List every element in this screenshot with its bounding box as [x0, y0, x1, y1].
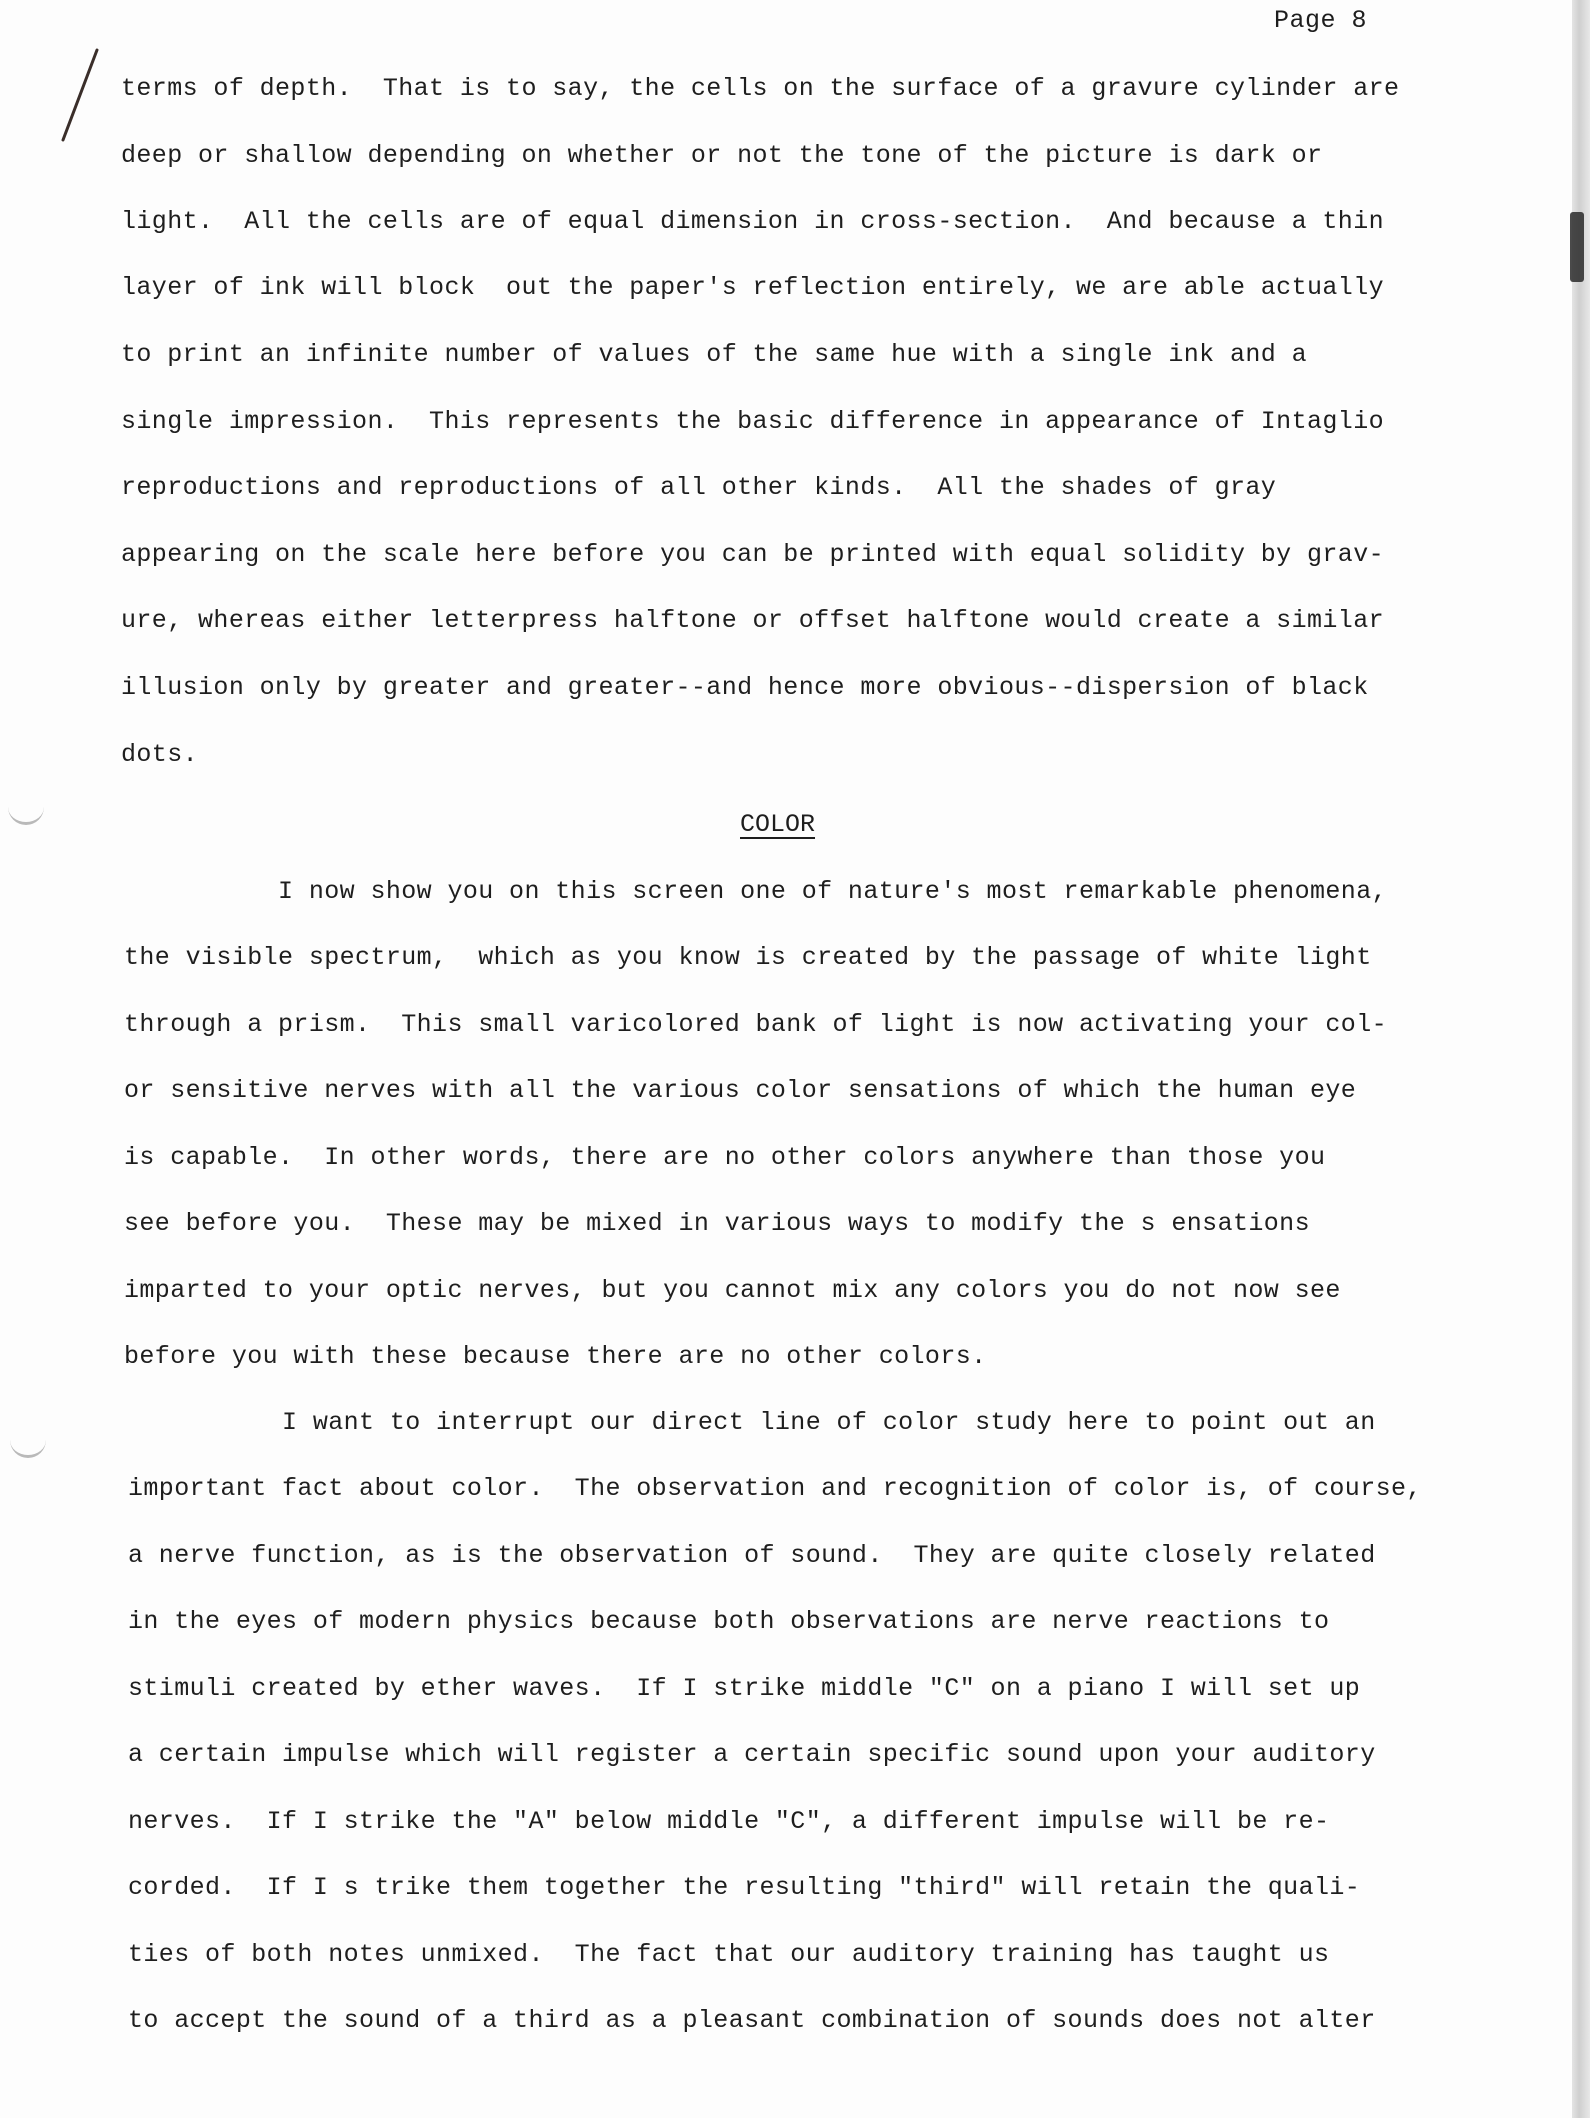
text-line: reproductions and reproductions of all o…: [121, 473, 1276, 503]
text-line: illusion only by greater and greater--an…: [121, 673, 1369, 703]
text-line: deep or shallow depending on whether or …: [121, 141, 1322, 171]
page-right-edge: [1572, 0, 1590, 2118]
text-line: I want to interrupt our direct line of c…: [128, 1408, 1376, 1438]
text-line: appearing on the scale here before you c…: [121, 540, 1384, 570]
text-line: light. All the cells are of equal dimens…: [121, 207, 1384, 237]
text-line: before you with these because there are …: [124, 1342, 987, 1372]
edge-smudge: [1570, 212, 1584, 282]
text-line: through a prism. This small varicolored …: [124, 1010, 1387, 1040]
text-line: dots.: [121, 740, 198, 770]
punch-hole-shadow-icon: [8, 800, 44, 825]
punch-hole-shadow-icon: [10, 1433, 46, 1458]
text-line: stimuli created by ether waves. If I str…: [128, 1674, 1360, 1704]
text-line: the visible spectrum, which as you know …: [124, 943, 1372, 973]
text-line: nerves. If I strike the "A" below middle…: [128, 1807, 1329, 1837]
pen-slash-mark-icon: [55, 45, 105, 145]
text-line: ties of both notes unmixed. The fact tha…: [128, 1940, 1329, 1970]
text-line: layer of ink will block out the paper's …: [121, 273, 1384, 303]
text-line: is capable. In other words, there are no…: [124, 1143, 1325, 1173]
text-line: a nerve function, as is the observation …: [128, 1541, 1376, 1571]
text-line: in the eyes of modern physics because bo…: [128, 1607, 1329, 1637]
document-page: Page 8 terms of depth. That is to say, t…: [0, 0, 1590, 2118]
text-line: see before you. These may be mixed in va…: [124, 1209, 1310, 1239]
section-heading-color: COLOR: [740, 810, 815, 840]
text-line: imparted to your optic nerves, but you c…: [124, 1276, 1341, 1306]
text-line: I now show you on this screen one of nat…: [124, 877, 1387, 907]
text-line: terms of depth. That is to say, the cell…: [121, 74, 1399, 104]
text-line: or sensitive nerves with all the various…: [124, 1076, 1356, 1106]
text-line: to print an infinite number of values of…: [121, 340, 1307, 370]
page-number: Page 8: [1274, 6, 1367, 35]
text-line: ure, whereas either letterpress halftone…: [121, 606, 1384, 636]
text-line: single impression. This represents the b…: [121, 407, 1384, 437]
text-line: to accept the sound of a third as a plea…: [128, 2006, 1376, 2036]
text-line: corded. If I s trike them together the r…: [128, 1873, 1360, 1903]
text-line: a certain impulse which will register a …: [128, 1740, 1376, 1770]
text-line: important fact about color. The observat…: [128, 1474, 1422, 1504]
